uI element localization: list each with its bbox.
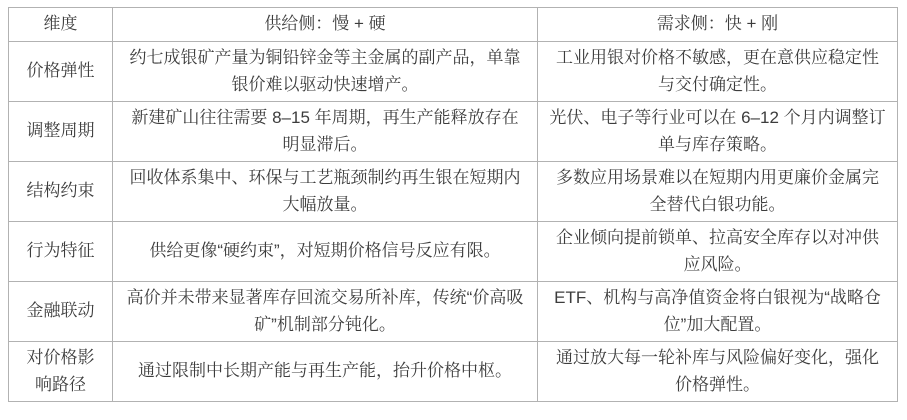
cell-demand: 通过放大每一轮补库与风险偏好变化，强化价格弹性。 xyxy=(538,342,898,402)
header-row: 维度 供给侧：慢 + 硬 需求侧：快 + 刚 xyxy=(9,8,898,42)
cell-demand: ETF、机构与高净值资金将白银视为“战略仓位”加大配置。 xyxy=(538,282,898,342)
table-row-financial-linkage: 金融联动 高价并未带来显著库存回流交易所补库，传统“价高吸矿”机制部分钝化。 E… xyxy=(9,282,898,342)
cell-demand: 多数应用场景难以在短期内用更廉价金属完全替代白银功能。 xyxy=(538,162,898,222)
silver-supply-demand-table: 维度 供给侧：慢 + 硬 需求侧：快 + 刚 价格弹性 约七成银矿产量为铜铅锌金… xyxy=(8,7,898,402)
cell-supply: 高价并未带来显著库存回流交易所补库，传统“价高吸矿”机制部分钝化。 xyxy=(113,282,538,342)
page: 维度 供给侧：慢 + 硬 需求侧：快 + 刚 价格弹性 约七成银矿产量为铜铅锌金… xyxy=(0,0,907,420)
cell-demand: 工业用银对价格不敏感，更在意供应稳定性与交付确定性。 xyxy=(538,42,898,102)
table-row-adjustment-cycle: 调整周期 新建矿山往往需要 8–15 年周期，再生产能释放存在明显滞后。 光伏、… xyxy=(9,102,898,162)
cell-supply: 回收体系集中、环保与工艺瓶颈制约再生银在短期内大幅放量。 xyxy=(113,162,538,222)
cell-supply: 约七成银矿产量为铜铅锌金等主金属的副产品，单靠银价难以驱动快速增产。 xyxy=(113,42,538,102)
cell-supply: 通过限制中长期产能与再生产能，抬升价格中枢。 xyxy=(113,342,538,402)
row-header-dimension: 金融联动 xyxy=(9,282,113,342)
table-row-price-elasticity: 价格弹性 约七成银矿产量为铜铅锌金等主金属的副产品，单靠银价难以驱动快速增产。 … xyxy=(9,42,898,102)
cell-demand: 企业倾向提前锁单、拉高安全库存以对冲供应风险。 xyxy=(538,222,898,282)
column-header-supply-side: 供给侧：慢 + 硬 xyxy=(113,8,538,42)
cell-supply: 供给更像“硬约束”，对短期价格信号反应有限。 xyxy=(113,222,538,282)
cell-demand: 光伏、电子等行业可以在 6–12 个月内调整订单与库存策略。 xyxy=(538,102,898,162)
row-header-dimension: 价格弹性 xyxy=(9,42,113,102)
cell-supply: 新建矿山往往需要 8–15 年周期，再生产能释放存在明显滞后。 xyxy=(113,102,538,162)
row-header-dimension: 行为特征 xyxy=(9,222,113,282)
row-header-dimension: 调整周期 xyxy=(9,102,113,162)
row-header-dimension: 对价格影响路径 xyxy=(9,342,113,402)
table-row-structural-constraints: 结构约束 回收体系集中、环保与工艺瓶颈制约再生银在短期内大幅放量。 多数应用场景… xyxy=(9,162,898,222)
row-header-dimension: 结构约束 xyxy=(9,162,113,222)
table-row-price-impact-path: 对价格影响路径 通过限制中长期产能与再生产能，抬升价格中枢。 通过放大每一轮补库… xyxy=(9,342,898,402)
column-header-demand-side: 需求侧：快 + 刚 xyxy=(538,8,898,42)
column-header-dimension: 维度 xyxy=(9,8,113,42)
table-row-behavioral-traits: 行为特征 供给更像“硬约束”，对短期价格信号反应有限。 企业倾向提前锁单、拉高安… xyxy=(9,222,898,282)
